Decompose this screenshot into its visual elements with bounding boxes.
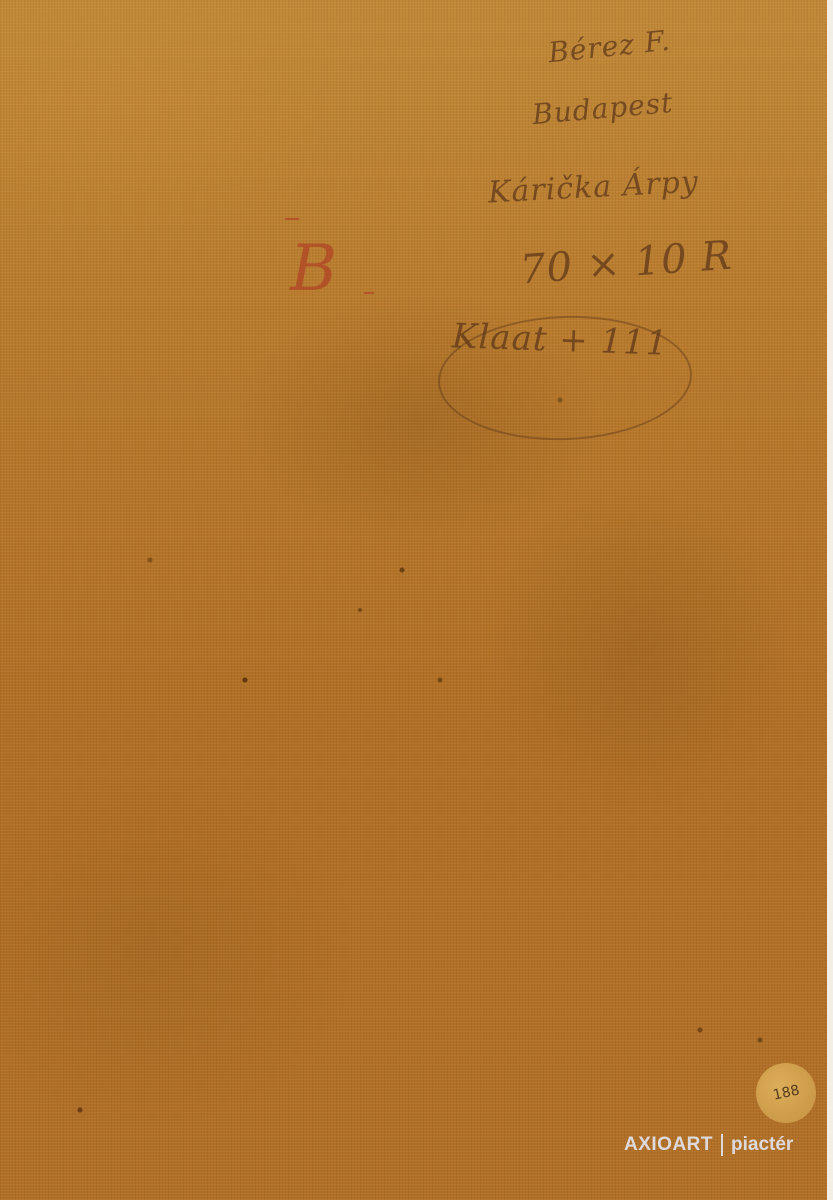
watermark-subtitle: piactér — [731, 1134, 793, 1156]
red-pencil-dash — [285, 218, 299, 220]
red-pencil-dash — [364, 292, 374, 294]
red-pencil-letter: B — [290, 232, 337, 306]
watermark-separator — [721, 1134, 723, 1156]
watermark-logo: AXIOART piactér — [624, 1134, 793, 1156]
watermark-brand: AXIOART — [624, 1134, 713, 1156]
pencil-inscription-city: Budapest — [531, 86, 675, 131]
pencil-inscription-address: Kárička Árpy — [487, 165, 699, 211]
lot-number-sticker: 188 — [756, 1063, 816, 1123]
artwork-back-board: Bérez F. Budapest Kárička Árpy 70 × 10 R… — [0, 0, 827, 1200]
pencil-inscription-name: Bérez F. — [547, 24, 673, 70]
lot-number: 188 — [771, 1082, 800, 1103]
pencil-inscription-dimensions: 70 × 10 R — [519, 233, 734, 294]
pencil-inscription-circled: Klaat + 111 — [451, 316, 669, 364]
image-edge-strip — [827, 0, 833, 1200]
